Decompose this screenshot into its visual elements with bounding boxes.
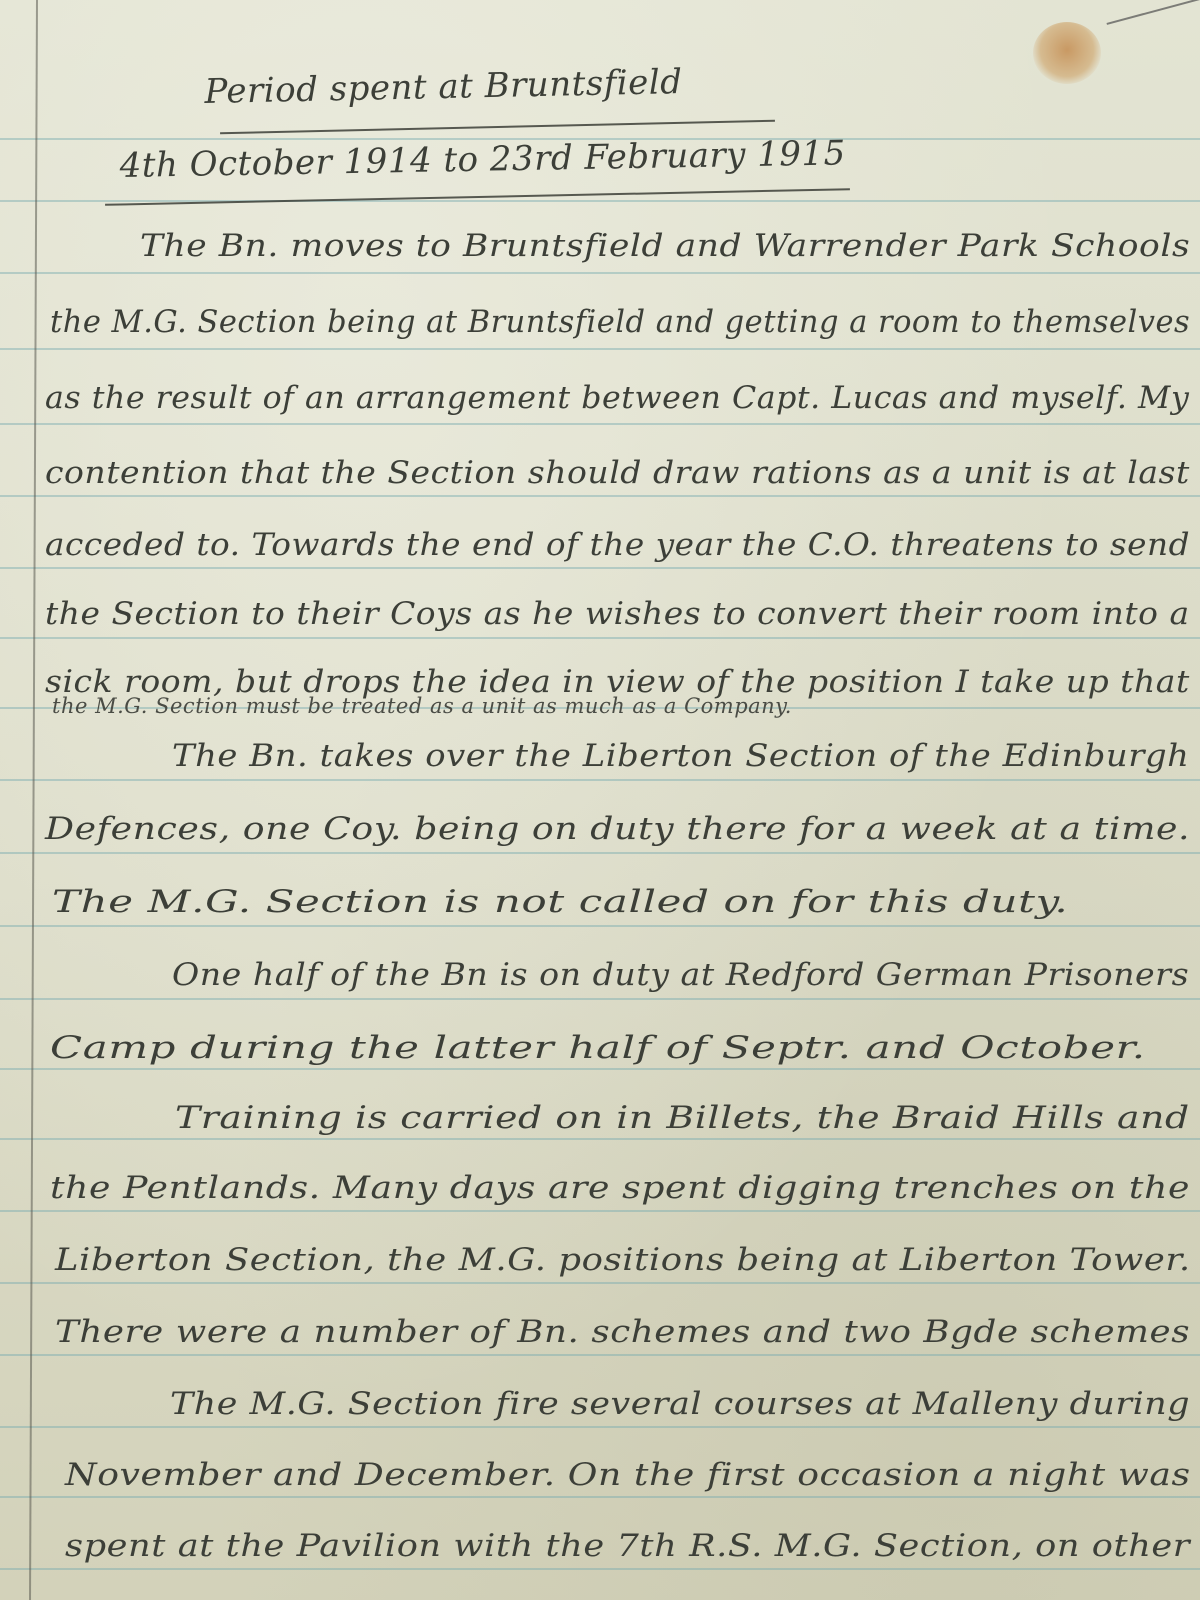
ruled-line <box>0 1210 1200 1212</box>
ruled-line <box>0 1068 1200 1070</box>
text-line: The M.G. Section fire several courses at… <box>170 1386 1190 1422</box>
ruled-line <box>0 423 1200 425</box>
ruled-line <box>0 1138 1200 1140</box>
ruled-line <box>0 567 1200 569</box>
text-line: The M.G. Section is not called on for th… <box>52 884 1068 920</box>
text-line: the Section to their Coys as he wishes t… <box>45 596 1190 632</box>
inserted-text-line: the M.G. Section must be treated as a un… <box>52 694 792 718</box>
ruled-line <box>0 1568 1200 1570</box>
text-line: Defences, one Coy. being on duty there f… <box>45 811 1190 847</box>
ruled-line <box>0 1426 1200 1428</box>
title-underline <box>220 120 775 135</box>
text-line: November and December. On the first occa… <box>65 1457 1191 1493</box>
text-line: as the result of an arrangement between … <box>45 380 1189 416</box>
text-line: Camp during the latter half of Septr. an… <box>50 1030 1146 1066</box>
date-range: 4th October 1914 to 23rd February 1915 <box>119 133 846 186</box>
ruled-line <box>0 1354 1200 1356</box>
ruled-line <box>0 852 1200 854</box>
text-line: contention that the Section should draw … <box>45 455 1190 491</box>
ruled-line <box>0 1496 1200 1498</box>
text-line: the Pentlands. Many days are spent diggi… <box>50 1170 1190 1206</box>
date-underline <box>105 188 850 206</box>
text-line: the M.G. Section being at Bruntsfield an… <box>50 304 1190 340</box>
text-line: The Bn. moves to Bruntsfield and Warrend… <box>140 228 1190 264</box>
ruled-line <box>0 348 1200 350</box>
text-line: acceded to. Towards the end of the year … <box>45 527 1190 563</box>
ruled-line <box>0 1282 1200 1284</box>
ruled-line <box>0 495 1200 497</box>
text-line: Training is carried on in Billets, the B… <box>175 1100 1190 1136</box>
ruled-line <box>0 998 1200 1000</box>
ruled-line <box>0 925 1200 927</box>
ruled-line <box>0 637 1200 639</box>
margin-line <box>29 0 37 1600</box>
text-line: Liberton Section, the M.G. positions bei… <box>55 1242 1191 1278</box>
pencil-mark <box>1107 0 1200 24</box>
paper-stain <box>1033 22 1101 84</box>
text-line: spent at the Pavilion with the 7th R.S. … <box>65 1528 1190 1564</box>
text-line: One half of the Bn is on duty at Redford… <box>172 957 1189 993</box>
ruled-line <box>0 272 1200 274</box>
text-line: There were a number of Bn. schemes and t… <box>55 1314 1190 1350</box>
page-title: Period spent at Bruntsfield <box>204 62 683 112</box>
notebook-page: Period spent at Bruntsfield 4th October … <box>0 0 1200 1600</box>
text-line: The Bn. takes over the Liberton Section … <box>172 738 1189 774</box>
ruled-line <box>0 779 1200 781</box>
